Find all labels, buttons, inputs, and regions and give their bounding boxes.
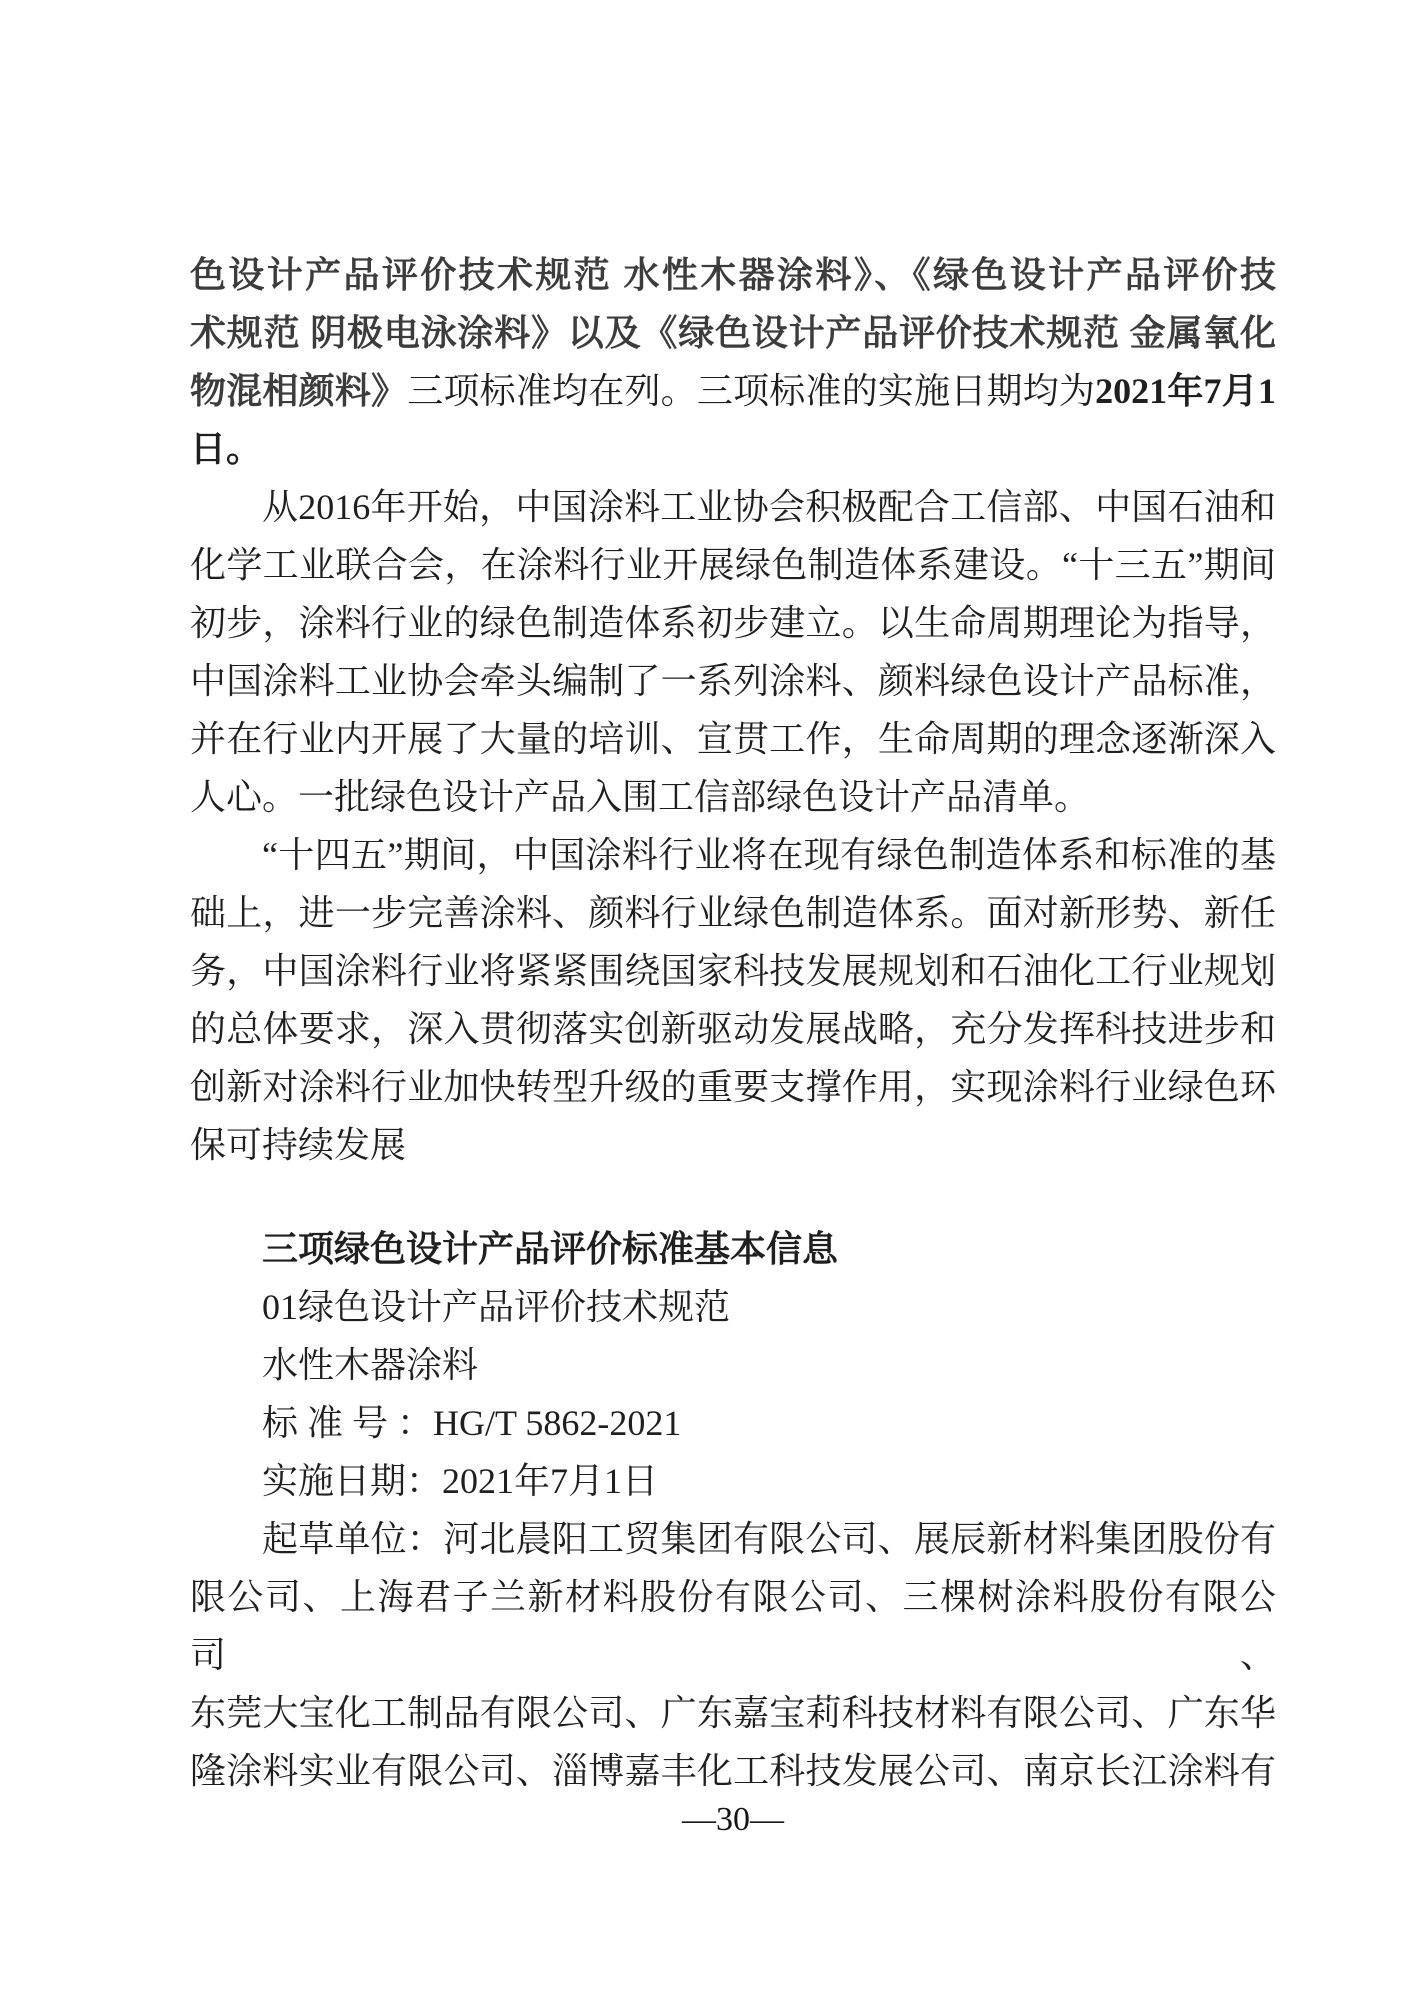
text-line: 从2016年开始，中国涂料工业协会积极配合工信部、中国石油和 bbox=[190, 478, 1276, 536]
body-text-segment: 并在行业内开展了大量的培训、宣贯工作，生命周期的理念逐渐深入 bbox=[190, 719, 1276, 759]
body-text-segment: 化学工业联合会，在涂料行业开展绿色制造体系建设。“十三五”期间 bbox=[190, 545, 1276, 585]
text-line: 初步，涂料行业的绿色制造体系初步建立。以生命周期理论为指导， bbox=[190, 594, 1276, 652]
text-line: “十四五”期间，中国涂料行业将在现有绿色制造体系和标准的基 bbox=[190, 826, 1276, 884]
text-line: 日。 bbox=[190, 420, 1276, 478]
drafting-unit-names: 河北晨阳工贸集团有限公司、展辰新材料集团股份有 bbox=[443, 1519, 1276, 1559]
standard-item-number-line: 01绿色设计产品评价技术规范 bbox=[190, 1278, 1276, 1336]
text-line: 础上，进一步完善涂料、颜料行业绿色制造体系。面对新形势、新任 bbox=[190, 884, 1276, 942]
standard-title-segment: 色设计产品评价技术规范 水性木器涂料》、《绿色设计产品评价技 bbox=[190, 255, 1276, 295]
section-heading-text: 三项绿色设计产品评价标准基本信息 bbox=[262, 1229, 838, 1269]
text-line: 物混相颜料》三项标准均在列。三项标准的实施日期均为2021年7月1 bbox=[190, 362, 1276, 420]
standard-product-name: 水性木器涂料 bbox=[262, 1345, 478, 1385]
body-text-segment: 从2016年开始，中国涂料工业协会积极配合工信部、中国石油和 bbox=[262, 487, 1276, 527]
body-text-segment: 人心。一批绿色设计产品入围工信部绿色设计产品清单。 bbox=[190, 777, 1090, 817]
page-number: —30— bbox=[682, 1801, 784, 1838]
drafting-unit-names: 限公司、上海君子兰新材料股份有限公司、三棵树涂料股份有限公司、 bbox=[190, 1577, 1276, 1675]
drafting-unit-line: 起草单位：河北晨阳工贸集团有限公司、展辰新材料集团股份有 bbox=[190, 1510, 1276, 1568]
document-page: 色设计产品评价技术规范 水性木器涂料》、《绿色设计产品评价技 术规范 阴极电泳涂… bbox=[0, 0, 1415, 2000]
text-line: 的总体要求，深入贯彻落实创新驱动发展战略，充分发挥科技进步和 bbox=[190, 1000, 1276, 1058]
text-line: 色设计产品评价技术规范 水性木器涂料》、《绿色设计产品评价技 bbox=[190, 246, 1276, 304]
body-text-segment: 三项标准均在列。三项标准的实施日期均为 bbox=[407, 371, 1095, 411]
text-line: 术规范 阴极电泳涂料》以及《绿色设计产品评价技术规范 金属氧化 bbox=[190, 304, 1276, 362]
standard-number-line: 标 准 号 ：HG/T 5862-2021 bbox=[190, 1394, 1276, 1452]
standard-item-number: 01绿色设计产品评价技术规范 bbox=[262, 1287, 730, 1327]
page-footer: —30— bbox=[190, 1798, 1276, 1842]
implementation-date-segment: 2021年7月1 bbox=[1095, 371, 1276, 411]
drafting-unit-line: 东莞大宝化工制品有限公司、广东嘉宝莉科技材料有限公司、广东华 bbox=[190, 1684, 1276, 1742]
standard-title-segment: 物混相颜料》 bbox=[190, 371, 407, 411]
text-line: 创新对涂料行业加快转型升级的重要支撑作用，实现涂料行业绿色环 bbox=[190, 1058, 1276, 1116]
body-text-segment: 保可持续发展 bbox=[190, 1125, 406, 1165]
body-text-segment: 初步，涂料行业的绿色制造体系初步建立。以生命周期理论为指导， bbox=[190, 603, 1276, 643]
text-line: 化学工业联合会，在涂料行业开展绿色制造体系建设。“十三五”期间 bbox=[190, 536, 1276, 594]
body-text-segment: “十四五”期间，中国涂料行业将在现有绿色制造体系和标准的基 bbox=[262, 835, 1276, 875]
standards-info-section: 三项绿色设计产品评价标准基本信息 01绿色设计产品评价技术规范 水性木器涂料 标… bbox=[190, 1220, 1276, 1800]
standard-product-line: 水性木器涂料 bbox=[190, 1336, 1276, 1394]
body-text-segment: 的总体要求，深入贯彻落实创新驱动发展战略，充分发挥科技进步和 bbox=[190, 1009, 1276, 1049]
standard-number-value: HG/T 5862-2021 bbox=[433, 1403, 681, 1443]
document-body: 色设计产品评价技术规范 水性木器涂料》、《绿色设计产品评价技 术规范 阴极电泳涂… bbox=[190, 246, 1276, 1800]
implementation-date-segment: 日。 bbox=[190, 429, 262, 469]
body-text-segment: 创新对涂料行业加快转型升级的重要支撑作用，实现涂料行业绿色环 bbox=[190, 1067, 1276, 1107]
body-text-segment: 础上，进一步完善涂料、颜料行业绿色制造体系。面对新形势、新任 bbox=[190, 893, 1276, 933]
drafting-unit-label: 起草单位： bbox=[262, 1519, 443, 1559]
text-line: 并在行业内开展了大量的培训、宣贯工作，生命周期的理念逐渐深入 bbox=[190, 710, 1276, 768]
drafting-unit-line: 限公司、上海君子兰新材料股份有限公司、三棵树涂料股份有限公司、 bbox=[190, 1568, 1276, 1684]
implementation-date-value: 2021年7月1日 bbox=[442, 1461, 658, 1501]
drafting-unit-names: 东莞大宝化工制品有限公司、广东嘉宝莉科技材料有限公司、广东华 bbox=[190, 1693, 1276, 1733]
implementation-date-line: 实施日期：2021年7月1日 bbox=[190, 1452, 1276, 1510]
text-line: 务，中国涂料行业将紧紧围绕国家科技发展规划和石油化工行业规划 bbox=[190, 942, 1276, 1000]
body-text-segment: 中国涂料工业协会牵头编制了一系列涂料、颜料绿色设计产品标准， bbox=[190, 661, 1276, 701]
drafting-unit-names: 隆涂料实业有限公司、淄博嘉丰化工科技发展公司、南京长江涂料有 bbox=[190, 1751, 1276, 1791]
standard-number-label: 标 准 号 ： bbox=[262, 1403, 433, 1443]
section-heading: 三项绿色设计产品评价标准基本信息 bbox=[190, 1220, 1276, 1278]
body-text-segment: 务，中国涂料行业将紧紧围绕国家科技发展规划和石油化工行业规划 bbox=[190, 951, 1276, 991]
text-line: 中国涂料工业协会牵头编制了一系列涂料、颜料绿色设计产品标准， bbox=[190, 652, 1276, 710]
text-line: 人心。一批绿色设计产品入围工信部绿色设计产品清单。 bbox=[190, 768, 1276, 826]
standard-title-segment: 术规范 阴极电泳涂料》以及《绿色设计产品评价技术规范 金属氧化 bbox=[190, 313, 1276, 353]
implementation-date-label: 实施日期： bbox=[262, 1461, 442, 1501]
drafting-unit-line: 隆涂料实业有限公司、淄博嘉丰化工科技发展公司、南京长江涂料有 bbox=[190, 1742, 1276, 1800]
text-line: 保可持续发展 bbox=[190, 1116, 1276, 1174]
